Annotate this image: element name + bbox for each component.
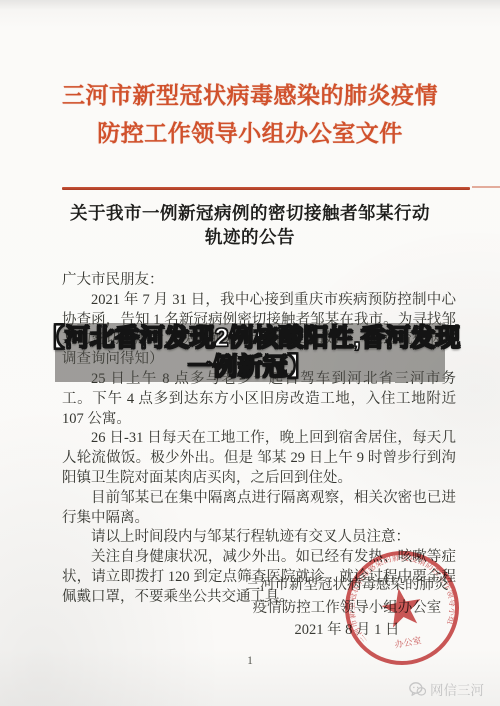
news-caption-line2: 一例新冠】 — [187, 353, 312, 382]
watermark-label: 网信三河 — [430, 679, 484, 699]
signature-org-line1: 三河市新型冠状病毒感染的肺炎 — [236, 574, 458, 597]
signature-block: 三河市新型冠状病毒感染的肺炎 疫情防控工作领导小组办公室 2021 年 8 月 … — [236, 574, 458, 642]
letterhead-line2: 防控工作领导小组办公室文件 — [0, 114, 500, 152]
document-title-line1: 关于我市一例新冠病例的密切接触者邹某行动 — [40, 201, 460, 225]
paragraph-attention: 请以上时间段内与邹某行程轨迹有交叉人员注意： — [62, 528, 456, 548]
paragraph-quarantine-status: 目前邹某已在集中隔离点进行隔离观察，相关次密也已进行集中隔离。 — [62, 489, 456, 529]
page-number: 1 — [0, 655, 500, 667]
signature-date: 2021 年 8 月 1 日 — [236, 619, 458, 642]
news-caption-line1: 【河北香河发现2例核酸阳性,香河发现 — [40, 324, 461, 353]
red-divider-line — [62, 187, 470, 190]
signature-org-line2: 疫情防控工作领导小组办公室 — [236, 597, 458, 620]
red-divider-edge-segment — [472, 186, 500, 188]
document-title-line2: 轨迹的公告 — [40, 225, 460, 249]
wechat-icon — [409, 682, 426, 697]
paragraph-track-26th-31st: 26 日-31 日每天在工地工作，晚上回到宿舍居住，每天几人轮流做饭。极少外出。… — [62, 429, 456, 488]
document-body: 广大市民朋友： 2021 年 7 月 31 日，我中心接到重庆市疾病预防控制中心… — [62, 271, 456, 608]
scanned-official-document: 三河市新型冠状病毒感染的肺炎疫情 防控工作领导小组办公室文件 关于我市一例新冠病… — [0, 0, 500, 706]
source-watermark: 网信三河 — [409, 679, 484, 699]
document-letterhead: 三河市新型冠状病毒感染的肺炎疫情 防控工作领导小组办公室文件 — [0, 76, 500, 152]
salutation: 广大市民朋友： — [62, 271, 456, 291]
document-title: 关于我市一例新冠病例的密切接触者邹某行动 轨迹的公告 — [40, 201, 460, 249]
letterhead-line1: 三河市新型冠状病毒感染的肺炎疫情 — [0, 76, 500, 114]
paper-shading — [0, 0, 500, 10]
news-caption-overlay: 【河北香河发现2例核酸阳性,香河发现 一例新冠】 — [55, 323, 445, 382]
